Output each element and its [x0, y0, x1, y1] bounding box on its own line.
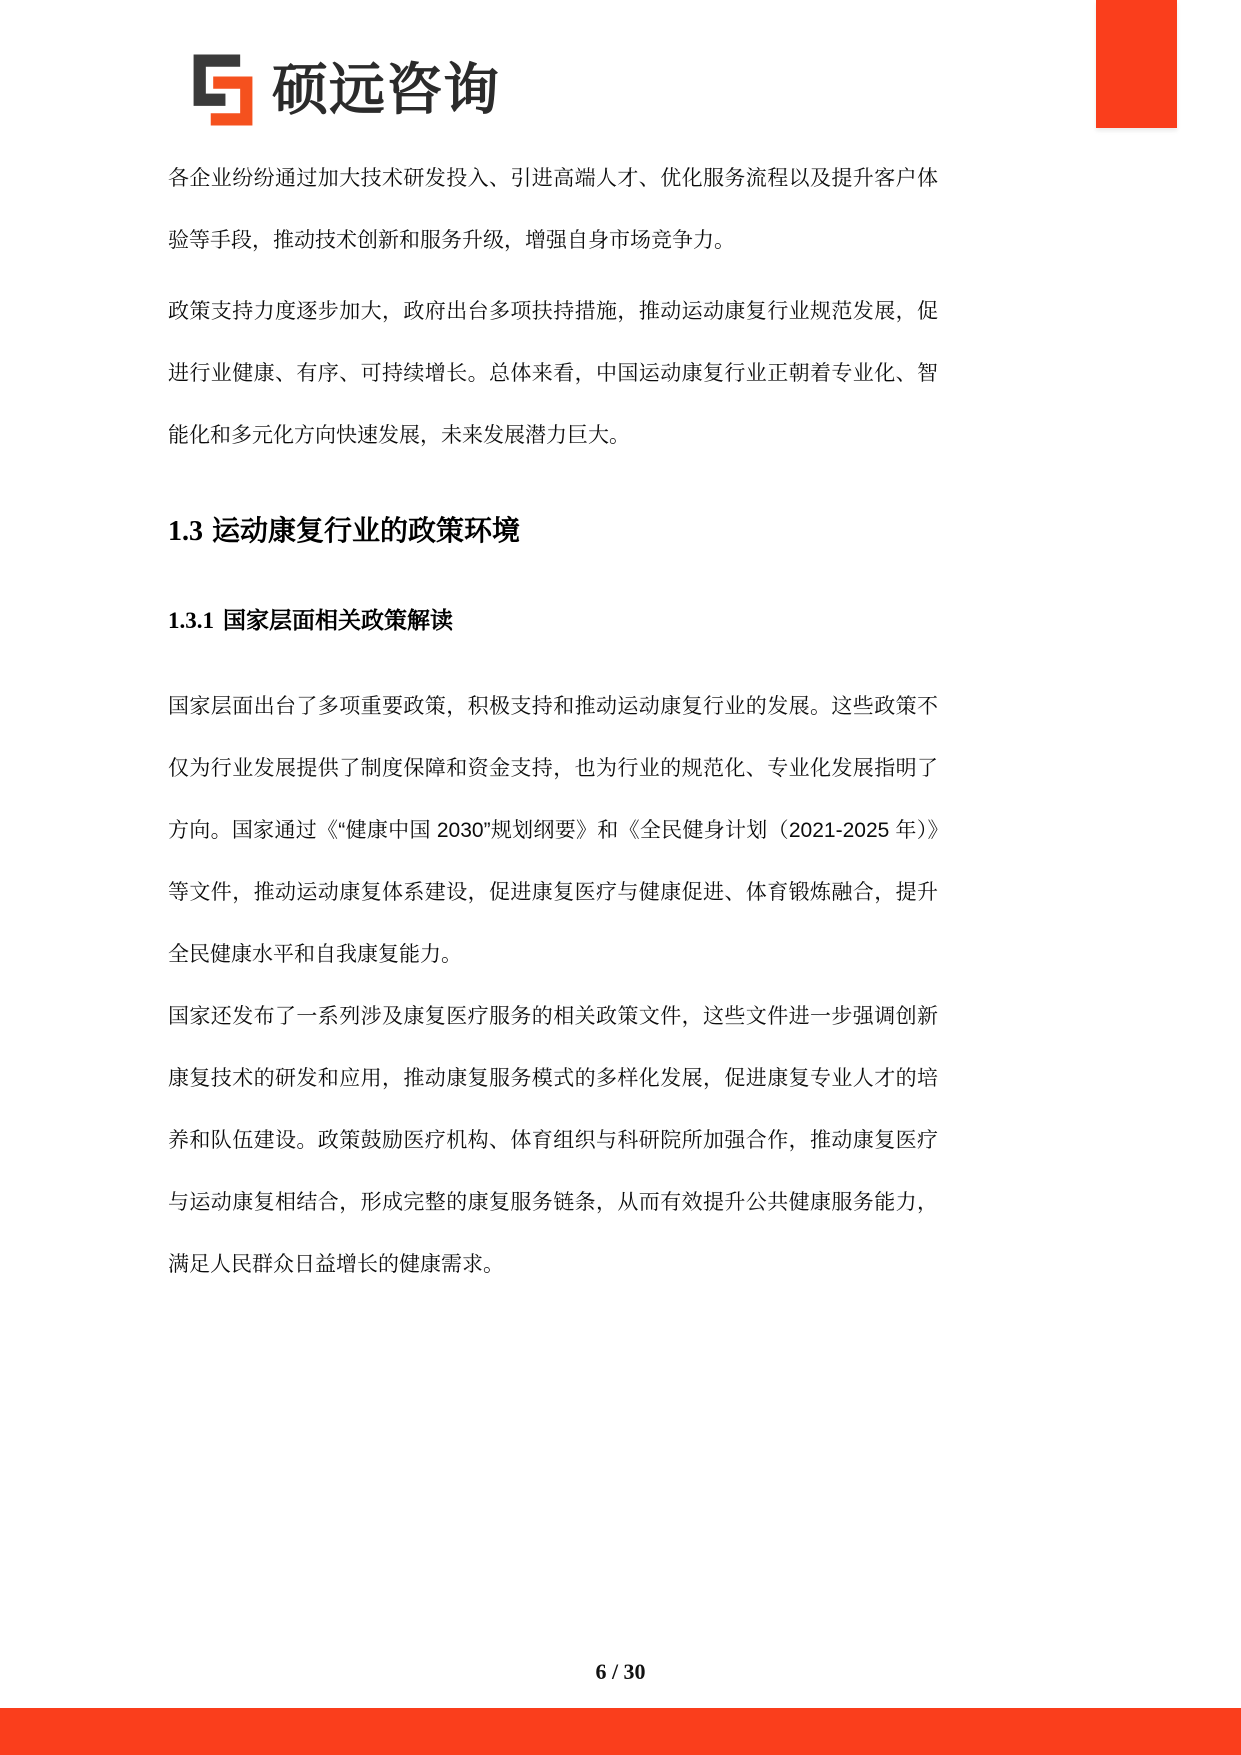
page-number: 6 / 30	[595, 1659, 645, 1684]
subsection-heading: 1.3.1国家层面相关政策解读	[168, 605, 938, 636]
top-right-accent-block	[1096, 0, 1177, 128]
subsection-number: 1.3.1	[168, 608, 214, 633]
report-page: 硕远咨询 各企业纷纷通过加大技术研发投入、引进高端人才、优化服务流程以及提升客户…	[0, 0, 1241, 1755]
paragraph-intro-2: 政策支持力度逐步加大，政府出台多项扶持措施，推动运动康复行业规范发展，促进行业健…	[168, 281, 938, 467]
section-heading: 1.3运动康复行业的政策环境	[168, 513, 938, 550]
section-title: 运动康复行业的政策环境	[212, 515, 520, 546]
section-number: 1.3	[168, 516, 203, 547]
paragraph-policy-1: 国家层面出台了多项重要政策，积极支持和推动运动康复行业的发展。这些政策不仅为行业…	[168, 676, 938, 986]
paragraph-policy-2: 国家还发布了一系列涉及康复医疗服务的相关政策文件，这些文件进一步强调创新康复技术…	[168, 986, 938, 1296]
paragraph-intro-1: 各企业纷纷通过加大技术研发投入、引进高端人才、优化服务流程以及提升客户体验等手段…	[168, 148, 938, 272]
document-body: 各企业纷纷通过加大技术研发投入、引进高端人才、优化服务流程以及提升客户体验等手段…	[168, 148, 938, 1305]
page-footer: 6 / 30	[0, 1659, 1241, 1685]
logo-icon	[186, 52, 260, 128]
logo: 硕远咨询	[186, 52, 500, 128]
bottom-accent-bar	[0, 1708, 1241, 1755]
logo-text: 硕远咨询	[272, 52, 500, 128]
subsection-title: 国家层面相关政策解读	[223, 607, 453, 633]
